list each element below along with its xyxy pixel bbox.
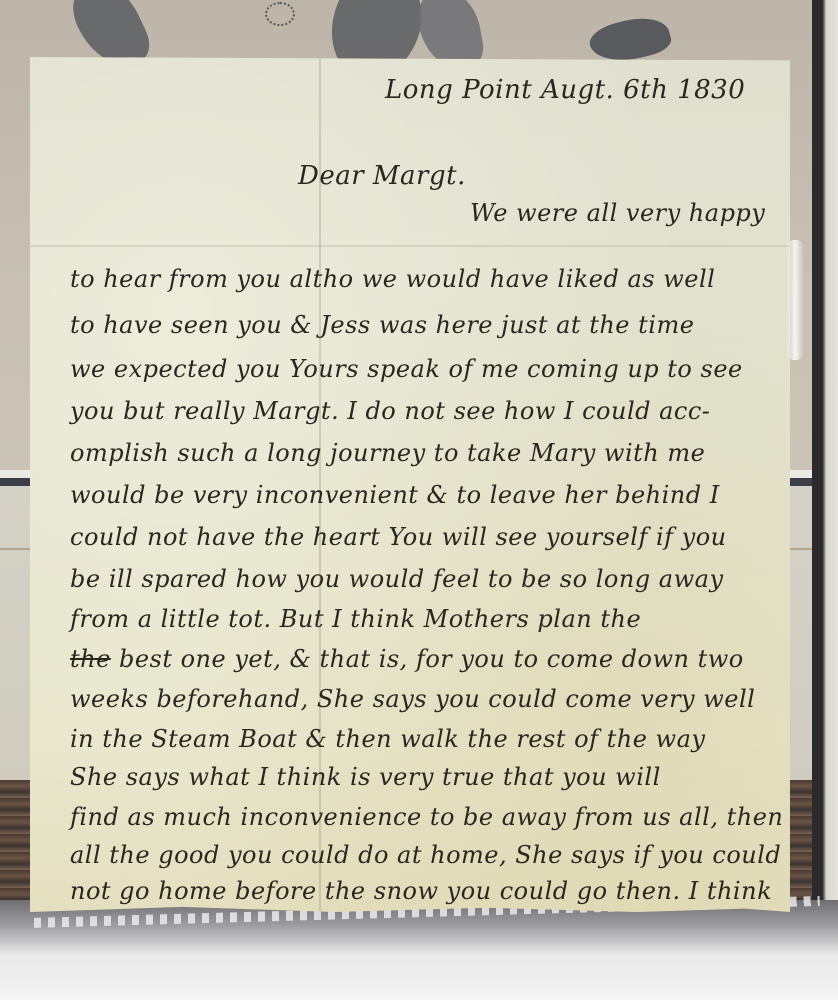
letter-line: to hear from you altho we would have lik…	[70, 265, 770, 293]
letter-line: weeks beforehand, She says you could com…	[70, 685, 770, 713]
struck-word: the	[70, 645, 111, 673]
letter-line: omplish such a long journey to take Mary…	[70, 439, 770, 467]
letter-line: find as much inconvenience to be away fr…	[70, 803, 770, 831]
letter-line: in the Steam Boat & then walk the rest o…	[70, 725, 770, 753]
glass-glare	[786, 240, 804, 360]
letter-line: She says what I think is very true that …	[70, 763, 770, 791]
letter-line: could not have the heart You will see yo…	[70, 523, 770, 551]
letter-line: from a little tot. But I think Mothers p…	[70, 605, 770, 633]
print-flower	[265, 2, 295, 26]
letter-line-with-strikeout: the best one yet, & that is, for you to …	[70, 645, 770, 673]
letter-dateline: Long Point Augt. 6th 1830	[385, 75, 745, 105]
letter-line: to have seen you & Jess was here just at…	[70, 311, 770, 339]
letter-line: you but really Margt. I do not see how I…	[70, 397, 770, 425]
letter-line: We were all very happy	[470, 199, 838, 227]
letter-salutation: Dear Margt.	[298, 161, 466, 191]
letter-line: all the good you could do at home, She s…	[70, 841, 770, 869]
handwritten-letter: Long Point Augt. 6th 1830 Dear Margt. We…	[30, 57, 790, 912]
letter-line: be ill spared how you would feel to be s…	[70, 565, 770, 593]
letter-line: would be very inconvenient & to leave he…	[70, 481, 770, 509]
letter-line-text: best one yet, & that is, for you to come…	[119, 645, 744, 673]
letter-line: we expected you Yours speak of me coming…	[70, 355, 770, 383]
letter-line: not go home before the snow you could go…	[70, 877, 770, 905]
frame-right-edge	[812, 0, 838, 1000]
fold-crease-horizontal	[30, 245, 790, 247]
